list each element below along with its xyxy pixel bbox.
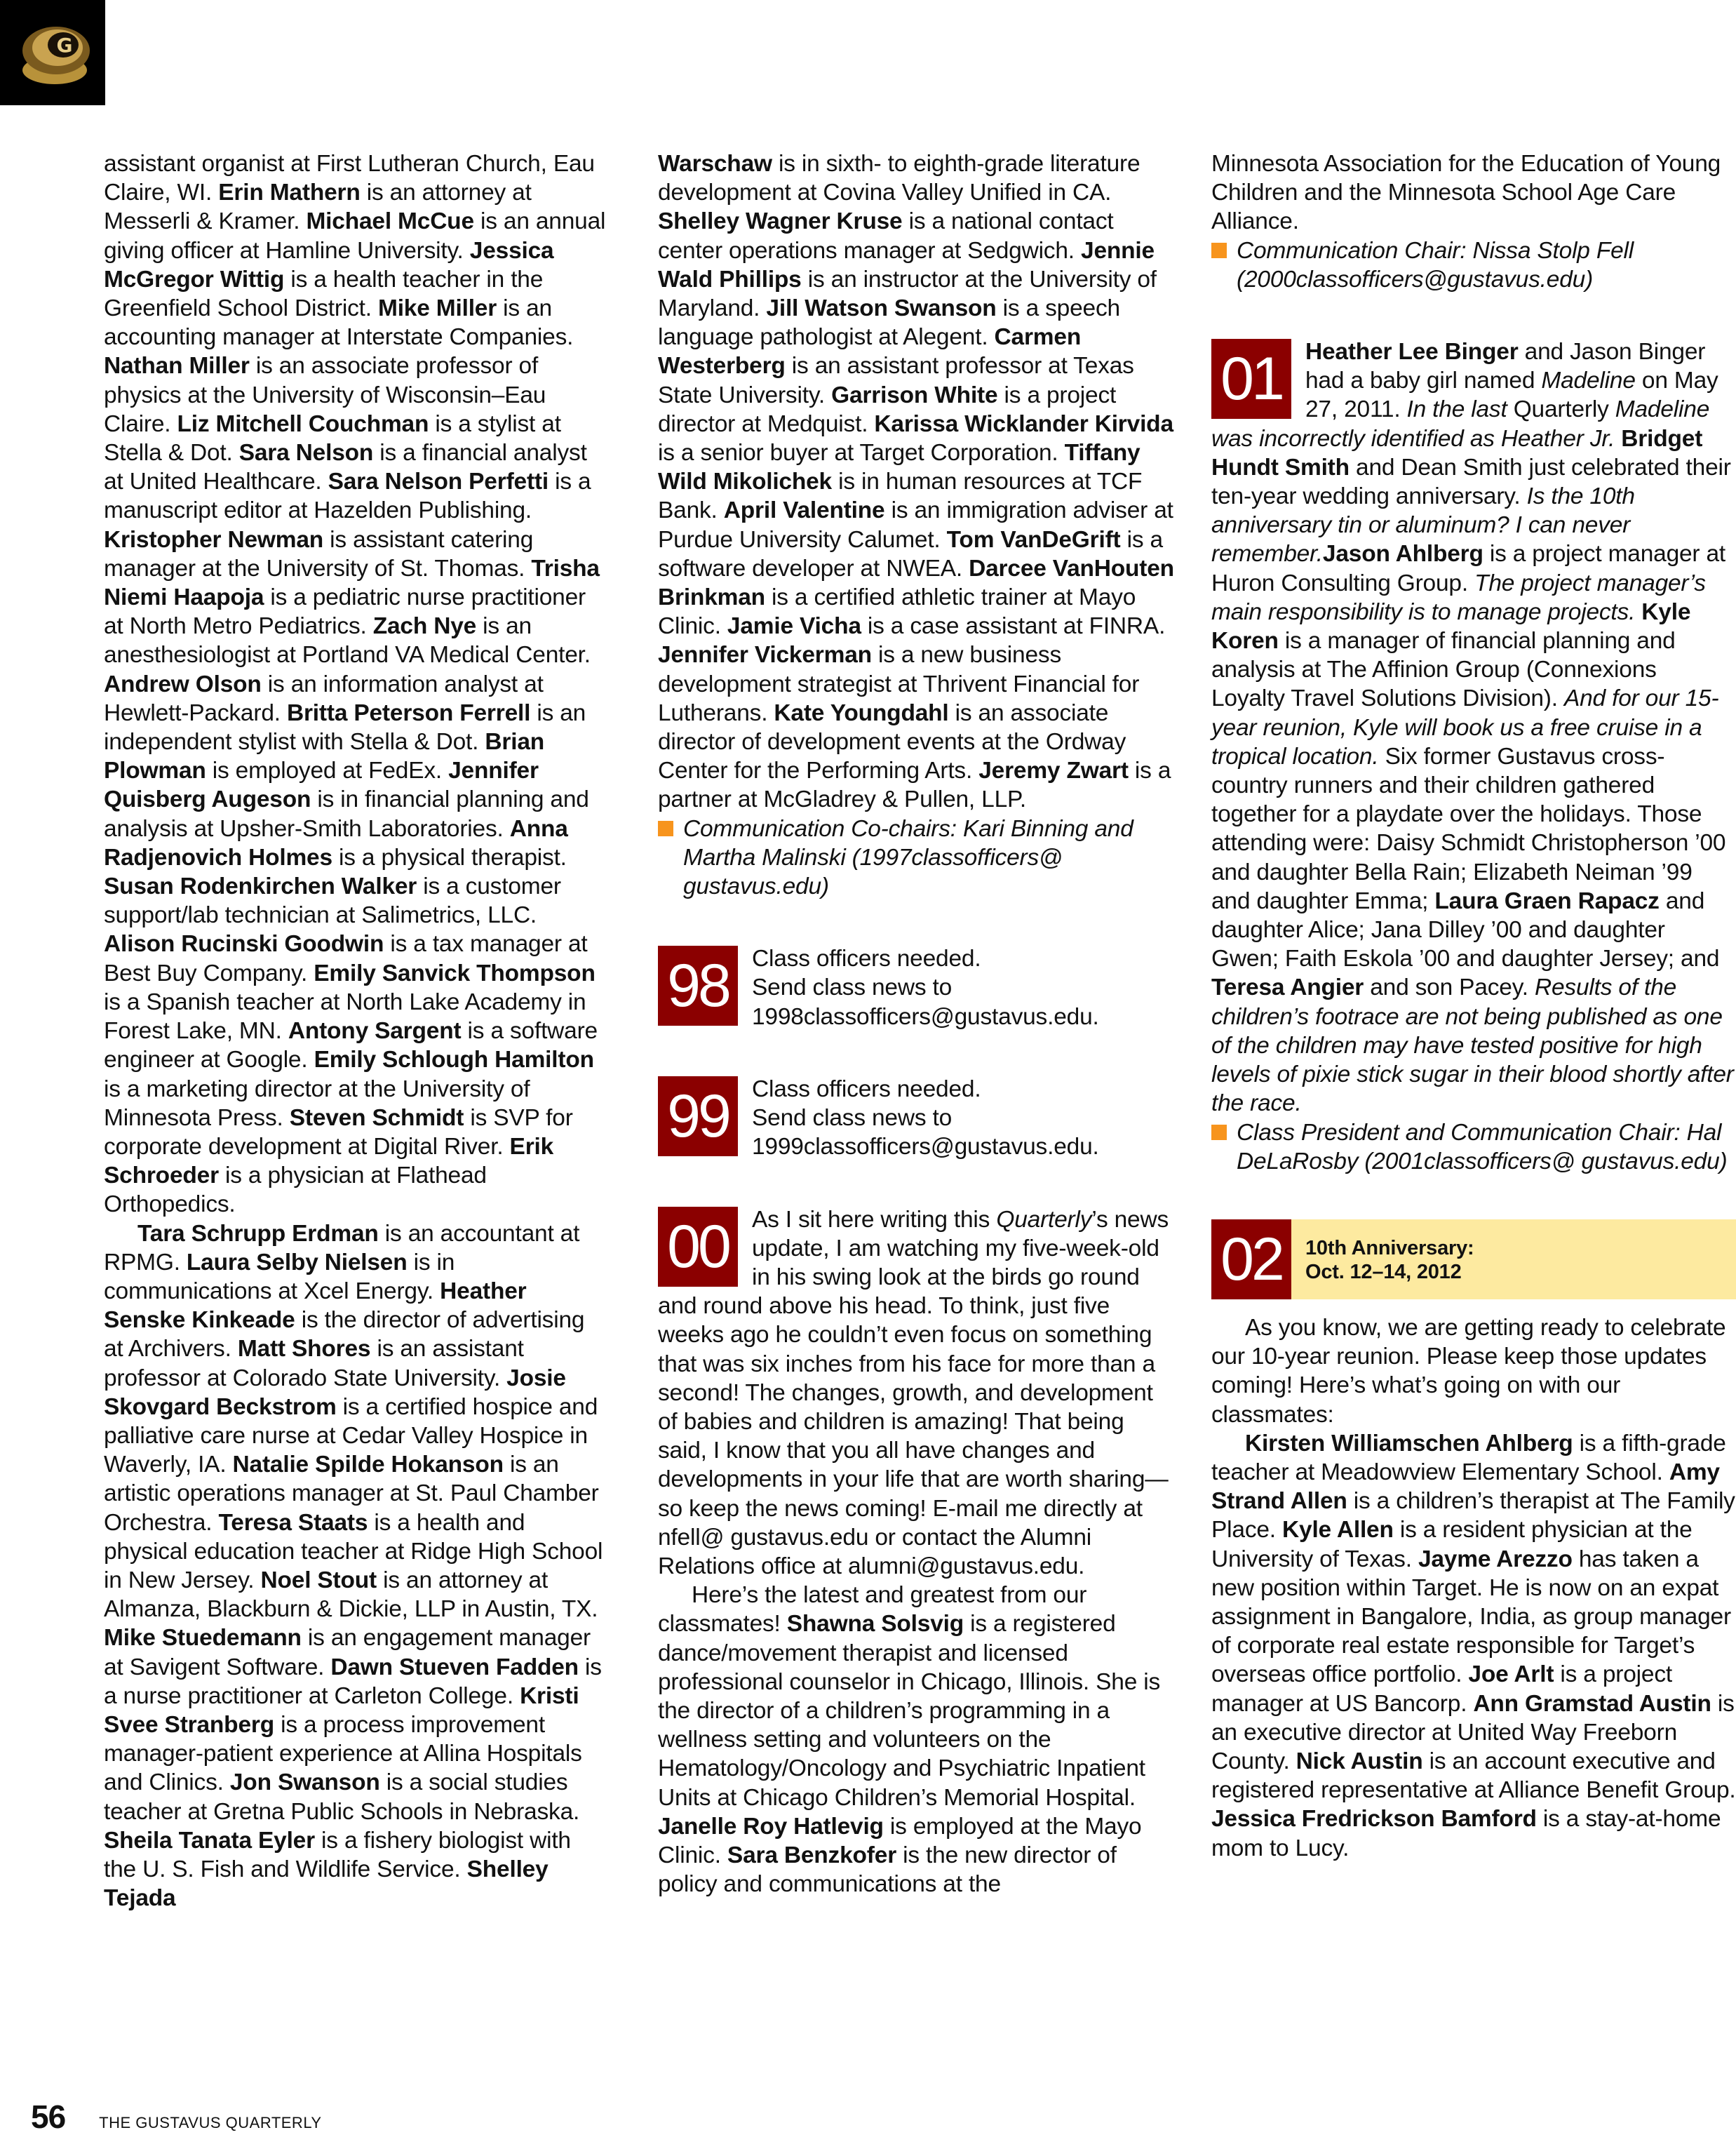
alumni-name: Jason Ahlberg — [1323, 541, 1483, 567]
alumni-name: Sara Benzkofer — [727, 1842, 896, 1868]
alumni-name: Laura Selby Nielsen — [187, 1250, 408, 1275]
alumni-name: Jennifer Vickerman — [658, 642, 872, 668]
alumni-name: Shelley Tejada — [104, 1856, 549, 1911]
alumni-name: Antony Sargent — [288, 1018, 462, 1044]
ring-icon: G — [0, 0, 105, 105]
alumni-name: Tom VanDeGrift — [947, 527, 1121, 553]
alumni-name: Darcee VanHouten Brinkman — [658, 556, 1174, 610]
alumni-name: Carmen Westerberg — [658, 324, 1081, 379]
alumni-name: Mike Stuedemann — [104, 1625, 302, 1651]
paragraph: As you know, we are getting ready to cel… — [1211, 1313, 1736, 1429]
alumni-name: Anna Radjenovich Holmes — [104, 816, 568, 871]
column-3: Minnesota Association for the Education … — [1211, 149, 1736, 1863]
alumni-name: Erin Mathern — [218, 180, 360, 206]
alumni-name: Josie Skovgard Beckstrom — [104, 1365, 566, 1420]
alumni-name: Steven Schmidt — [290, 1105, 464, 1131]
orange-bullet-icon — [1211, 1125, 1227, 1140]
alumni-name: Sheila Tanata Eyler — [104, 1828, 315, 1854]
page-number: 56 — [31, 2098, 65, 2136]
email-link[interactable]: 1999classofficers@gustavus.edu. — [752, 1132, 1099, 1161]
alumni-name: Erik Schroeder — [104, 1134, 553, 1189]
alumni-name: Natalie Spilde Hokanson — [233, 1452, 504, 1478]
alumni-name: Kristi Svee Stranberg — [104, 1683, 579, 1738]
alumni-name: Joe Arlt — [1468, 1661, 1554, 1687]
alumni-name: Jessica McGregor Wittig — [104, 238, 553, 293]
paragraph: Heather Lee Binger and Jason Binger had … — [1211, 337, 1736, 1118]
year-badge: 01 — [1211, 339, 1291, 419]
alumni-name: Andrew Olson — [104, 671, 262, 697]
paragraph: Warschaw is in sixth- to eighth-grade li… — [658, 149, 1177, 815]
paragraph: Here’s the latest and greatest from our … — [658, 1581, 1177, 1899]
class-2000-block: 00 As I sit here writing this Quarterly’… — [658, 1205, 1177, 1899]
orange-bullet-icon — [1211, 243, 1227, 258]
alumni-name: Kyle Allen — [1282, 1517, 1394, 1543]
alumni-name: Dawn Stueven Fadden — [330, 1654, 579, 1680]
class-1998-block: 98 Class officers needed. Send class new… — [658, 944, 1177, 1031]
column-1: assistant organist at First Lutheran Chu… — [104, 149, 609, 1913]
alumni-name: Nathan Miller — [104, 353, 250, 379]
year-badge: 99 — [658, 1076, 738, 1156]
alumni-name: Warschaw — [658, 151, 772, 177]
alumni-name: Emily Schlough Hamilton — [314, 1047, 594, 1073]
paragraph: Minnesota Association for the Education … — [1211, 149, 1736, 236]
publication-name: THE GUSTAVUS QUARTERLY — [99, 2114, 321, 2132]
alumni-name: Kate Youngdahl — [774, 700, 948, 726]
alumni-name: Jamie Vicha — [727, 613, 861, 639]
alumni-name: Shelley Wagner Kruse — [658, 208, 903, 234]
alumni-name: Jon Swanson — [230, 1769, 380, 1795]
alumni-name: Jennie Wald Phillips — [658, 238, 1155, 293]
alumni-name: Teresa Angier — [1211, 975, 1364, 1000]
alumni-name: Kirsten Williamschen Ahlberg — [1245, 1431, 1573, 1457]
orange-bullet-icon — [658, 821, 673, 836]
email-link[interactable]: 1998classofficers@gustavus.edu. — [752, 1003, 1099, 1031]
paragraph: Kirsten Williamschen Ahlberg is a fifth-… — [1211, 1429, 1736, 1863]
alumni-name: Ann Gramstad Austin — [1473, 1691, 1711, 1717]
svg-text:G: G — [57, 34, 73, 57]
reunion-title: 10th Anniversary: Oct. 12–14, 2012 — [1291, 1219, 1736, 1299]
alumni-name: Tara Schrupp Erdman — [137, 1221, 379, 1247]
alumni-name: Michael McCue — [306, 208, 473, 234]
class-2002-header-band: 02 10th Anniversary: Oct. 12–14, 2012 — [1211, 1219, 1736, 1299]
alumni-name: Emily Sanvick Thompson — [314, 960, 595, 986]
paragraph: Tara Schrupp Erdman is an accountant at … — [104, 1219, 609, 1913]
class-officer-note: Communication Co-chairs: Kari Binning an… — [658, 815, 1177, 902]
alumni-name: Mike Miller — [378, 295, 497, 321]
paragraph: assistant organist at First Lutheran Chu… — [104, 149, 609, 1219]
alumni-name: Liz Mitchell Couchman — [177, 411, 429, 437]
alumni-name: Noel Stout — [261, 1567, 377, 1593]
alumni-name: Heather Lee Binger — [1305, 339, 1519, 365]
page-footer: 56 THE GUSTAVUS QUARTERLY — [31, 2098, 322, 2136]
alumni-name: Zach Nye — [373, 613, 476, 639]
alumni-name: April Valentine — [724, 497, 885, 523]
class-2001-block: 01 Heather Lee Binger and Jason Binger h… — [1211, 337, 1736, 1176]
alumni-name: Sara Nelson — [239, 440, 373, 466]
alumni-name: Amy Strand Allen — [1211, 1459, 1720, 1514]
year-badge: 00 — [658, 1207, 738, 1287]
alumni-name: Karissa Wicklander Kirvida — [874, 411, 1173, 437]
class-officer-note: Communication Chair: Nissa Stolp Fell (2… — [1211, 236, 1736, 294]
alumni-name: Shawna Solsvig — [787, 1611, 964, 1637]
alumni-name: Matt Shores — [238, 1336, 371, 1362]
alumni-name: Janelle Roy Hatlevig — [658, 1814, 884, 1840]
alumni-name: Sara Nelson Perfetti — [328, 469, 549, 495]
alumni-name: Jayme Arezzo — [1418, 1546, 1573, 1572]
alumni-name: Jeremy Zwart — [978, 758, 1129, 784]
alumni-name: Susan Rodenkirchen Walker — [104, 873, 417, 899]
alumni-name: Laura Graen Rapacz — [1434, 888, 1659, 914]
class-officer-note: Class President and Communication Chair:… — [1211, 1118, 1736, 1176]
alumni-name: Jill Watson Swanson — [766, 295, 996, 321]
alumni-name: Jessica Fredrickson Bamford — [1211, 1806, 1537, 1832]
alumni-name: Tiffany Wild Mikolichek — [658, 440, 1140, 495]
alumni-name: Garrison White — [831, 382, 997, 408]
alumni-name: Trisha Niemi Haapoja — [104, 556, 600, 610]
year-badge: 02 — [1211, 1219, 1291, 1299]
alumni-name: Heather Senske Kinkeade — [104, 1278, 527, 1333]
class-1999-block: 99 Class officers needed. Send class new… — [658, 1075, 1177, 1162]
year-badge: 98 — [658, 946, 738, 1026]
alumni-name: Alison Rucinski Goodwin — [104, 931, 384, 957]
alumni-name: Teresa Staats — [218, 1510, 368, 1536]
alumni-name: Nick Austin — [1296, 1748, 1423, 1774]
class-ring-logo: G — [0, 0, 105, 105]
alumni-name: Britta Peterson Ferrell — [287, 700, 530, 726]
alumni-name: Kristopher Newman — [104, 527, 323, 553]
column-2: Warschaw is in sixth- to eighth-grade li… — [658, 149, 1177, 1899]
